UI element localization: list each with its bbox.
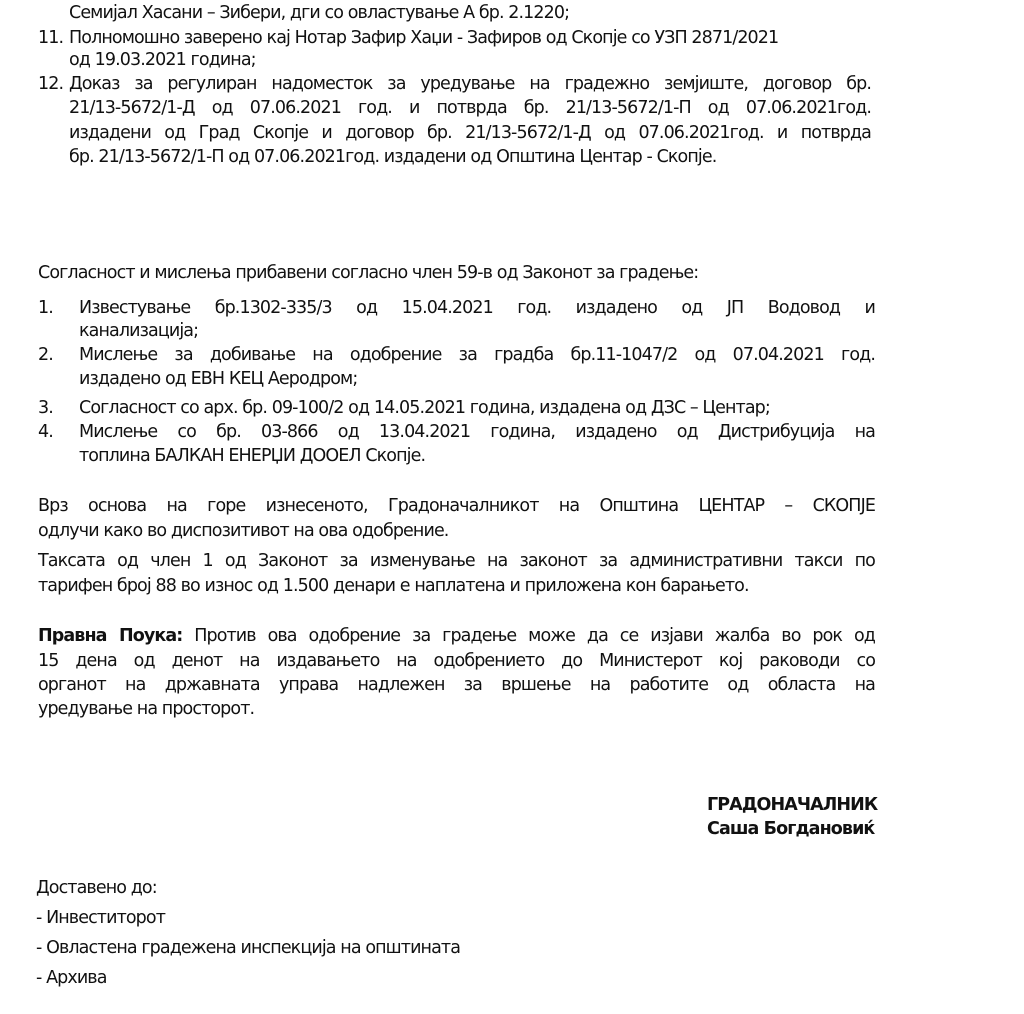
signature-title: ГРАДОНАЧАЛНИК [707,794,877,817]
list-item-12-line: издадени од Град Скопје и договор бр. 21… [69,122,871,145]
consent-number: 3. [38,397,53,420]
delivered-item: - Инвеститорот [36,907,165,930]
list-item-12-line: бр. 21/13-5672/1-П од 07.06.2021год. изд… [69,146,716,169]
consent-number: 1. [38,297,53,320]
legal-notice-line: уредување на просторот. [38,698,254,721]
legal-notice-line: органот на државната управа надлежен за … [38,674,875,697]
list-item-number: 11. [38,27,63,50]
list-item-10-continuation: Семијал Хасани – Зибери, дги со овластув… [69,2,569,25]
delivered-heading: Доставено до: [36,877,157,900]
list-item-11-line: од 19.03.2021 година; [69,49,256,72]
document-page: Семијал Хасани – Зибери, дги со овластув… [0,0,1024,1014]
legal-notice-label: Правна Поука: [38,626,182,646]
decision-paragraph: Врз основа на горе изнесеното, Градонача… [38,495,875,518]
consent-item-line: Согласност со арх. бр. 09-100/2 од 14.05… [79,397,770,420]
consents-heading: Согласност и мислења прибавени согласно … [38,262,698,285]
fee-paragraph: Таксата од член 1 од Законот за изменува… [38,550,875,573]
legal-notice-line: 15 дена од денот на издавањето на одобре… [38,650,875,673]
delivered-item: - Архива [36,967,107,990]
consent-number: 4. [38,421,53,444]
list-item-11-line: Полномошно заверено кај Нотар Зафир Хаџи… [69,27,778,50]
consent-item-line: канализација; [79,320,198,343]
consent-number: 2. [38,344,53,367]
consent-item-line: топлина БАЛКАН ЕНЕРЏИ ДООЕЛ Скопје. [79,445,425,468]
consent-item-line: Известување бр.1302-335/3 од 15.04.2021 … [79,297,875,320]
decision-paragraph: одлучи како во диспозитивот на ова одобр… [38,520,448,543]
legal-notice-line: Правна Поука: Против ова одобрение за гр… [38,625,875,648]
consent-item-line: Мислење за добивање на одобрение за град… [79,344,875,367]
list-item-number: 12. [38,73,63,96]
consent-item-line: Мислење со бр. 03-866 од 13.04.2021 годи… [79,421,875,444]
delivered-item: - Овластена градежена инспекција на општ… [36,937,460,960]
signature-name: Саша Богдановиќ [707,818,874,841]
list-item-12-line: Доказ за регулиран надоместок за уредува… [69,73,871,96]
list-item-12-line: 21/13-5672/1-Д од 07.06.2021 год. и потв… [69,97,871,120]
fee-paragraph: тарифен број 88 во износ од 1.500 денари… [38,575,749,598]
consent-item-line: издадено од ЕВН КЕЦ Аеродром; [79,368,357,391]
